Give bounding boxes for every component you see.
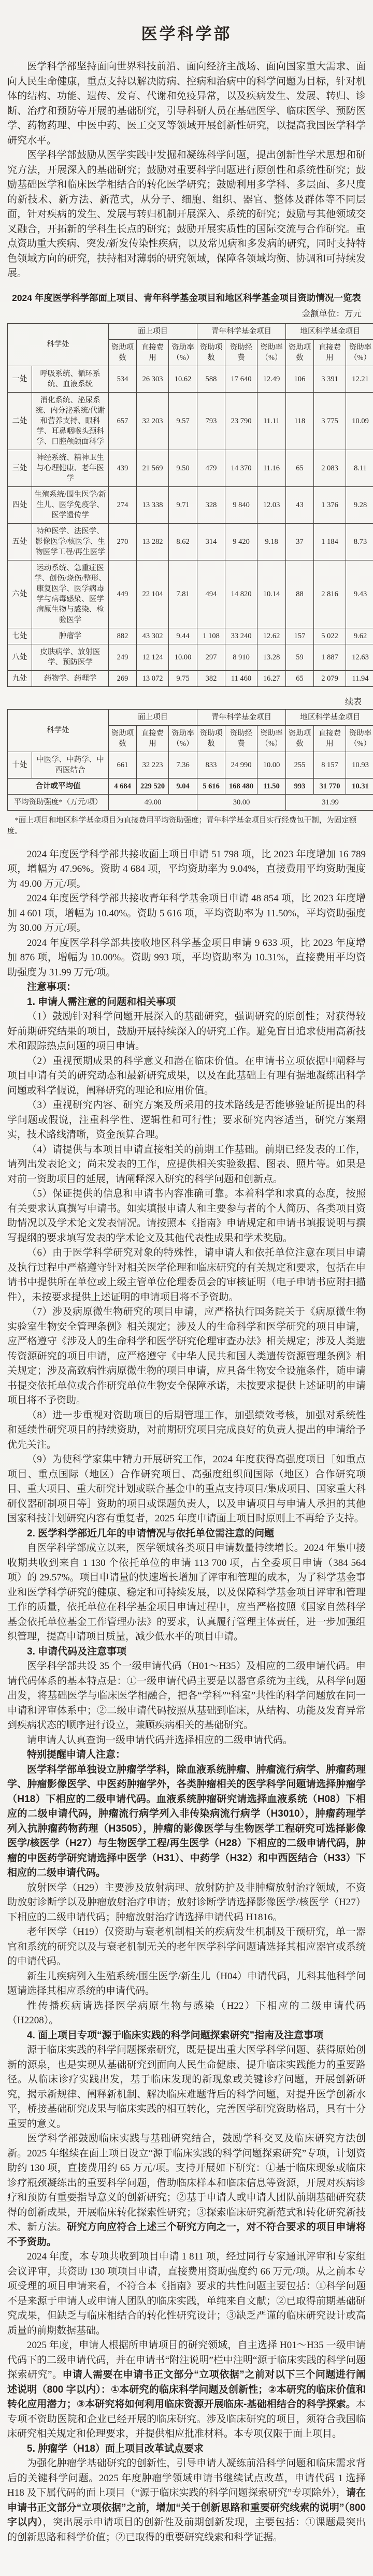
value-cell: 9.44 <box>169 628 197 644</box>
fields-cell: 呼吸系统、循环系统、血液系统 <box>32 366 109 392</box>
value-cell: 8.73 <box>346 523 373 560</box>
section-heading: 注意事项： <box>7 980 366 995</box>
paragraph: 2024 年度医学科学部共接收地区科学基金项目申请 9 633 项，比 2023… <box>7 936 366 981</box>
value-cell: 22 104 <box>137 560 169 628</box>
value-cell: 17 640 <box>225 366 257 392</box>
text-run: （4）请提供与本项目申请直接相关的前期工作基础。前期已经发表的工作，请列出发表论… <box>7 1144 366 1185</box>
table-row: 七处肿瘤学88243 3029.441 10833 24012.621575 0… <box>8 628 373 644</box>
text-run: 医学科学部鼓励临床实践与基础研究结合，鼓励学科交叉及临床研究方法创新。2025 … <box>7 2133 366 2233</box>
bold-run: 3. 申请代码及注意事项 <box>27 1646 126 1657</box>
paragraph: （4）请提供与本项目申请直接相关的前期工作基础。前期已经发表的工作，请列出发表论… <box>7 1143 366 1187</box>
value-cell: 657 <box>109 392 137 450</box>
value-cell: 882 <box>109 628 137 644</box>
paragraph: （1）鼓励针对科学问题开展深入的基础研究，强调研究的原创性；对获得较好前期研究结… <box>7 1010 366 1054</box>
value-cell: 24 990 <box>225 752 257 778</box>
value-cell: 8.62 <box>169 523 197 560</box>
value-cell: 9.57 <box>169 392 197 450</box>
total-value: 10.31 <box>346 778 373 794</box>
text-run: 老年医学（H19）仅资助与衰老机制相关的疾病发生机制及干预研究，单一器官和系统的… <box>7 1926 366 1967</box>
value-cell: 118 <box>286 392 314 450</box>
value-cell: 37 <box>286 523 314 560</box>
value-cell: 7.36 <box>169 752 197 778</box>
value-cell: 33 240 <box>225 628 257 644</box>
value-cell: 439 <box>109 450 137 486</box>
header-group-general: 面上项目 <box>109 709 197 725</box>
dept-cell: 八处 <box>8 644 32 670</box>
section-heading: 3. 申请代码及注意事项 <box>7 1645 366 1660</box>
section-heading: 4. 面上项目专项“源于临床实践的科学问题探索研究”指南及注意事项 <box>7 2028 366 2043</box>
value-cell: 479 <box>197 450 225 486</box>
value-cell: 12.03 <box>257 486 286 523</box>
value-cell: 661 <box>109 752 137 778</box>
total-label: 合计或平均值 <box>8 778 109 794</box>
paragraph: 2024 年度医学科学部共接收青年科学基金项目申请 48 854 项，比 202… <box>7 891 366 936</box>
text-run: 自医学科学部成立以来，医学领域各类项目申请数量持续增长。2024 年集中接收期共… <box>7 1543 366 1642</box>
value-cell: 23 790 <box>225 392 257 450</box>
funding-table-main: 科学处 面上项目 青年科学基金项目 地区科学基金项目 资助项数 直接费用 资助率… <box>7 323 373 687</box>
table-row: 四处生殖系统/围生医学/新生儿、医学免疫学、医学遗传学27413 3389.71… <box>8 486 373 523</box>
header-col: 资助率（%） <box>346 339 373 366</box>
text-run: 医学科学部坚持面向世界科技前沿、面向经济主战场、面向国家重大需求、面向人民生命健… <box>7 61 366 146</box>
dept-cell: 三处 <box>8 450 32 486</box>
value-cell: 12.63 <box>346 644 373 670</box>
page-title: 医学科学部 <box>7 21 366 44</box>
value-cell: 274 <box>109 486 137 523</box>
bold-run: 5. 肿瘤学（H18）面上项目改革试点要求 <box>27 2443 204 2454</box>
fields-cell: 神经系统、精神卫生与心理健康、老年医学 <box>32 450 109 486</box>
bold-run: 2. 医学科学部近几年的申请情况与依托单位需注意的问题 <box>27 1528 274 1539</box>
fields-cell: 运动系统、急重症医学、创伤/烧伤/整形、康复医学、医学病毒学与病毒感染、医学病原… <box>32 560 109 628</box>
text-run: 新生儿疾病列入生殖系统/围生医学/新生儿（H04）申请代码，儿科其他科学问题请选… <box>7 1971 366 1997</box>
table-row: 八处皮肤病学、放射医学、预防医学24912 12410.002978 91013… <box>8 644 373 670</box>
value-cell: 65 <box>286 670 314 686</box>
header-col: 资助率（%） <box>257 339 286 366</box>
header-group-regional: 地区科学基金项目 <box>286 323 373 339</box>
text-run: （8）进一步重视对资助项目的后期管理工作，加强绩效考核，加强对系统性和延续性研究… <box>7 1410 366 1450</box>
paragraph: 老年医学（H19）仅资助与衰老机制相关的疾病发生机制及干预研究，单一器官和系统的… <box>7 1925 366 1969</box>
table-row: 十处中医学、中药学、中西医结合66132 2237.3683324 99010.… <box>8 752 373 778</box>
text-run: 2024 年度，本专项共收到项目申请 1 811 项，经过同行专家通讯评审和专家… <box>7 2251 366 2336</box>
text-run: ，突出展示申请项目的创新性及前期创新发现，主要包括：①课题最突出的创新思路和科学… <box>7 2517 366 2543</box>
header-col: 资助项数 <box>286 339 314 366</box>
value-cell: 88 <box>286 560 314 628</box>
table-caption: 2024 年度医学科学部面上项目、青年科学基金项目和地区科学基金项目资助情况一览… <box>7 292 366 305</box>
header-col: 直接费用 <box>314 725 346 752</box>
bold-run: 特别提醒申请人注意： <box>27 1749 125 1760</box>
paragraph: 2025 年度，申请人根据所申请项目的研究领域，自主选择 H01～H35 一级申… <box>7 2338 366 2442</box>
table-footnote: *面上项目和地区科学基金项目为直接费用平均资助强度；青年科学基金项目实行经费包干… <box>7 815 366 837</box>
paragraph: 医学科学部坚持面向世界科技前沿、面向经济主战场、面向国家重大需求、面向人民生命健… <box>7 60 366 148</box>
value-cell: 449 <box>109 560 137 628</box>
total-value: 168 480 <box>225 778 257 794</box>
paragraph: 放射医学（H29）主要涉及放射病理、放射防护及非肿瘤放射治疗领域，不资助放射诊断… <box>7 1881 366 1925</box>
bold-run: 医学科学部单独设立肿瘤学学科，除血液系统肿瘤、肿瘤流行病学、肿瘤药理学、肿瘤影像… <box>7 1764 366 1879</box>
table-summary: 合计或平均值 4 684 229 520 9.04 5 616 168 480 … <box>8 778 373 810</box>
table-header: 科学处 面上项目 青年科学基金项目 地区科学基金项目 资助项数 直接费用 资助率… <box>8 323 373 366</box>
paragraph: 医学科学部单独设立肿瘤学学科，除血液系统肿瘤、肿瘤流行病学、肿瘤药理学、肿瘤影像… <box>7 1763 366 1881</box>
value-cell: 14 370 <box>225 450 257 486</box>
header-group-row: 科学处 面上项目 青年科学基金项目 地区科学基金项目 <box>8 709 373 725</box>
value-cell: 9.18 <box>257 523 286 560</box>
value-cell: 65 <box>286 450 314 486</box>
intensity-row: 平均资助强度*（万元/项） 49.00 30.00 31.99 <box>8 794 373 810</box>
paragraph: 医学科学部共设 35 个一级申请代码（H01～H35）及相应的二级申请代码。申请… <box>7 1659 366 1733</box>
fields-cell: 中医学、中药学、中西医结合 <box>32 752 109 778</box>
header-col: 资助率（%） <box>257 725 286 752</box>
header-group-row: 科学处 面上项目 青年科学基金项目 地区科学基金项目 <box>8 323 373 339</box>
text-run: （7）涉及病原微生物研究的项目申请，应严格执行国务院关于《病原微生物实验室生物安… <box>7 1306 366 1406</box>
header-dept: 科学处 <box>8 323 109 366</box>
paragraph: 2024 年度，本专项共收到项目申请 1 811 项，经过同行专家通讯评审和专家… <box>7 2250 366 2338</box>
value-cell: 3 775 <box>314 392 346 450</box>
value-cell: 7.81 <box>169 560 197 628</box>
dept-cell: 五处 <box>8 523 32 560</box>
table-body-continued: 十处中医学、中药学、中西医结合66132 2237.3683324 99010.… <box>8 752 373 778</box>
text-run: （3）重视研究内容、研究方案及所采用的技术路线是否能够验证所提出的科学问题或假说… <box>7 1100 366 1140</box>
value-cell: 833 <box>197 752 225 778</box>
total-value: 11.50 <box>257 778 286 794</box>
value-cell: 13 338 <box>137 486 169 523</box>
value-cell: 494 <box>197 560 225 628</box>
value-cell: 382 <box>197 670 225 686</box>
section-heading: 特别提醒申请人注意： <box>7 1748 366 1763</box>
bold-run: 4. 面上项目专项“源于临床实践的科学问题探索研究”指南及注意事项 <box>27 2030 323 2041</box>
value-cell: 10.09 <box>346 392 373 450</box>
text-run: 2024 年度医学科学部共接收面上项目申请 51 798 项，比 2023 年度… <box>7 849 366 889</box>
value-cell: 1 108 <box>197 628 225 644</box>
value-cell: 328 <box>197 486 225 523</box>
paragraph: 性传播疾病请选择医学病原生物与感染（H22）下相应的二级申请代码（H2208）。 <box>7 1999 366 2028</box>
header-dept: 科学处 <box>8 709 109 752</box>
text-run: （5）保证提供的信息和申请书内容准确可靠。本着科学和求真的态度，按照有关要求认真… <box>7 1188 366 1244</box>
value-cell: 2 083 <box>314 450 346 486</box>
text-run: 为强化肿瘤学基础研究的创新性，引导申请人凝练前沿科学问题和临床需求背后的关键科学… <box>7 2458 366 2498</box>
total-row: 合计或平均值 4 684 229 520 9.04 5 616 168 480 … <box>8 778 373 794</box>
table-body: 一处呼吸系统、循环系统、血液系统53426 30310.6258817 6401… <box>8 366 373 686</box>
paragraph: （5）保证提供的信息和申请书内容准确可靠。本着科学和求真的态度，按照有关要求认真… <box>7 1187 366 1246</box>
fields-cell: 生殖系统/围生医学/新生儿、医学免疫学、医学遗传学 <box>32 486 109 523</box>
value-cell: 13.28 <box>257 644 286 670</box>
header-col: 资助项数 <box>286 725 314 752</box>
dept-cell: 二处 <box>8 392 32 450</box>
value-cell: 3 391 <box>314 366 346 392</box>
value-cell: 8.11 <box>346 450 373 486</box>
value-cell: 8 910 <box>225 644 257 670</box>
table-row: 二处消化系统、泌尿系统、内分泌系统/代谢和营养支持、眼科学、耳鼻咽喉头颈科学、口… <box>8 392 373 450</box>
value-cell: 255 <box>286 752 314 778</box>
text-run: 请申请人认真查询一级申请代码并选择相应的二级申请代码。 <box>27 1735 293 1746</box>
value-cell: 1 887 <box>314 644 346 670</box>
dept-cell: 六处 <box>8 560 32 628</box>
header-col: 直接费用 <box>314 339 346 366</box>
table-row: 三处神经系统、精神卫生与心理健康、老年医学43921 5699.5047914 … <box>8 450 373 486</box>
header-col: 资助项数 <box>109 339 137 366</box>
table-row: 九处药物学、药理学26913 0729.7538211 46016.27652 … <box>8 670 373 686</box>
fields-cell: 消化系统、泌尿系统、内分泌系统/代谢和营养支持、眼科学、耳鼻咽喉头颈科学、口腔颅… <box>32 392 109 450</box>
text-run: 放射医学（H29）主要涉及放射病理、放射防护及非肿瘤放射治疗领域，不资助放射诊断… <box>7 1882 366 1923</box>
intensity-value: 30.00 <box>197 794 286 810</box>
value-cell: 10.62 <box>169 366 197 392</box>
text-run: （2）重视预期成果的科学意义和潜在临床价值。在申请书立项依据中阐释与项目申请有关… <box>7 1056 366 1096</box>
bold-run: 1. 申请人需注意的问题和相关事项 <box>27 997 176 1008</box>
value-cell: 11.94 <box>346 670 373 686</box>
value-cell: 9 840 <box>225 486 257 523</box>
text-run: 源于临床实践的科学问题探索研究，既是提出重大医学科学问题、获得原始创新的源泉，也… <box>7 2045 366 2129</box>
value-cell: 106 <box>286 366 314 392</box>
paragraph: 新生儿疾病列入生殖系统/围生医学/新生儿（H04）申请代码，儿科其他科学问题请选… <box>7 1969 366 1999</box>
paragraph: 医学科学部鼓励从医学实践中发掘和凝练科学问题，提出创新性学术思想和研究方法，开展… <box>7 148 366 281</box>
value-cell: 297 <box>197 644 225 670</box>
value-cell: 26 303 <box>137 366 169 392</box>
notes-section: 2024 年度医学科学部共接收面上项目申请 51 798 项，比 2023 年度… <box>7 847 366 2545</box>
paragraph: （8）进一步重视对资助项目的后期管理工作，加强绩效考核，加强对系统性和延续性研究… <box>7 1408 366 1453</box>
paragraph: （2）重视预期成果的科学意义和潜在临床价值。在申请书立项依据中阐释与项目申请有关… <box>7 1054 366 1099</box>
funding-table-continued: 科学处 面上项目 青年科学基金项目 地区科学基金项目 资助项数 直接费用 资助率… <box>7 709 373 811</box>
paragraph: （9）为使科学家集中精力开展研究工作，2024 年度获得高强度项目［如重点项目、… <box>7 1452 366 1527</box>
value-cell: 534 <box>109 366 137 392</box>
header-group-young: 青年科学基金项目 <box>197 709 286 725</box>
table-row: 六处运动系统、急重症医学、创伤/烧伤/整形、康复医学、医学病毒学与病毒感染、医学… <box>8 560 373 628</box>
value-cell: 16.27 <box>257 670 286 686</box>
paragraph: 请申请人认真查询一级申请代码并选择相应的二级申请代码。 <box>7 1733 366 1748</box>
header-group-young: 青年科学基金项目 <box>197 323 286 339</box>
section-heading: 2. 医学科学部近几年的申请情况与依托单位需注意的问题 <box>7 1527 366 1542</box>
value-cell: 59 <box>286 644 314 670</box>
total-value: 31 770 <box>314 778 346 794</box>
total-value: 4 684 <box>109 778 137 794</box>
intensity-value: 49.00 <box>109 794 197 810</box>
header-col: 资助率（%） <box>169 725 197 752</box>
header-col: 资助项数 <box>197 339 225 366</box>
paragraph: 为强化肿瘤学基础研究的创新性，引导申请人凝练前沿科学问题和临床需求背后的关键科学… <box>7 2456 366 2545</box>
paragraph: 源于临床实践的科学问题探索研究，既是提出重大医学科学问题、获得原始创新的源泉，也… <box>7 2043 366 2132</box>
value-cell: 13 282 <box>137 523 169 560</box>
value-cell: 10.93 <box>346 752 373 778</box>
value-cell: 21 569 <box>137 450 169 486</box>
value-cell: 11.16 <box>257 450 286 486</box>
value-cell: 1 376 <box>314 486 346 523</box>
text-run: 医学科学部鼓励从医学实践中发掘和凝练科学问题，提出创新性学术思想和研究方法，开展… <box>7 150 366 279</box>
header-col: 资助项数 <box>109 725 137 752</box>
value-cell: 2 816 <box>314 560 346 628</box>
total-value: 993 <box>286 778 314 794</box>
value-cell: 12.62 <box>257 628 286 644</box>
fields-cell: 药物学、药理学 <box>32 670 109 686</box>
value-cell: 270 <box>109 523 137 560</box>
value-cell: 12 124 <box>137 644 169 670</box>
header-col: 资助率（%） <box>169 339 197 366</box>
value-cell: 9.43 <box>346 560 373 628</box>
value-cell: 43 <box>286 486 314 523</box>
dept-cell: 九处 <box>8 670 32 686</box>
value-cell: 2 079 <box>314 670 346 686</box>
header-col: 直接费用 <box>137 339 169 366</box>
header-group-regional: 地区科学基金项目 <box>286 709 373 725</box>
total-value: 5 616 <box>197 778 225 794</box>
value-cell: 9.62 <box>346 628 373 644</box>
dept-cell: 七处 <box>8 628 32 644</box>
paragraph: 自医学科学部成立以来，医学领域各类项目申请数量持续增长。2024 年集中接收期共… <box>7 1541 366 1645</box>
header-col: 资助经费 <box>225 725 257 752</box>
text-run: （6）由于医学科学研究对象的特殊性，请申请人和依托单位注意在项目申请及执行过程中… <box>7 1247 366 1303</box>
text-run: 医学科学部共设 35 个一级申请代码（H01～H35）及相应的二级申请代码。申请… <box>7 1661 366 1731</box>
header-group-general: 面上项目 <box>109 323 197 339</box>
value-cell: 269 <box>109 670 137 686</box>
value-cell: 32 203 <box>137 392 169 450</box>
text-run: 2024 年度医学科学部共接收青年科学基金项目申请 48 854 项，比 202… <box>7 893 366 933</box>
header-col: 资助项数 <box>197 725 225 752</box>
table-header-continued: 科学处 面上项目 青年科学基金项目 地区科学基金项目 资助项数 直接费用 资助率… <box>8 709 373 752</box>
value-cell: 10.00 <box>169 644 197 670</box>
bold-run: 注意事项： <box>27 982 76 992</box>
paragraph: （7）涉及病原微生物研究的项目申请，应严格执行国务院关于《病原微生物实验室生物安… <box>7 1305 366 1408</box>
section-heading: 5. 肿瘤学（H18）面上项目改革试点要求 <box>7 2442 366 2457</box>
value-cell: 8 157 <box>314 752 346 778</box>
value-cell: 32 223 <box>137 752 169 778</box>
value-cell: 10.14 <box>257 560 286 628</box>
dept-cell: 十处 <box>8 752 32 778</box>
paragraph: 2024 年度医学科学部共接收面上项目申请 51 798 项，比 2023 年度… <box>7 847 366 892</box>
paragraph: （3）重视研究内容、研究方案及所采用的技术路线是否能够验证所提出的科学问题或假说… <box>7 1098 366 1143</box>
text-run: （9）为使科学家集中精力开展研究工作，2024 年度获得高强度项目［如重点项目、… <box>7 1454 366 1524</box>
value-cell: 12.49 <box>257 366 286 392</box>
continued-table-label: 续表 <box>7 695 362 707</box>
value-cell: 9 420 <box>225 523 257 560</box>
total-value: 9.04 <box>169 778 197 794</box>
section-heading: 1. 申请人需注意的问题和相关事项 <box>7 995 366 1010</box>
value-cell: 314 <box>197 523 225 560</box>
value-cell: 9.75 <box>169 670 197 686</box>
intensity-value: 31.99 <box>286 794 373 810</box>
text-run: （1）鼓励针对科学问题开展深入的基础研究，强调研究的原创性；对获得较好前期研究结… <box>7 1011 366 1052</box>
value-cell: 43 302 <box>137 628 169 644</box>
value-cell: 793 <box>197 392 225 450</box>
intro-section: 医学科学部坚持面向世界科技前沿、面向经济主战场、面向国家重大需求、面向人民生命健… <box>7 60 366 281</box>
table-row: 一处呼吸系统、循环系统、血液系统53426 30310.6258817 6401… <box>8 366 373 392</box>
value-cell: 14 820 <box>225 560 257 628</box>
value-cell: 13 072 <box>137 670 169 686</box>
table-row: 五处特种医学、法医学、影像医学/核医学、生物医学工程/再生医学27013 282… <box>8 523 373 560</box>
header-col: 资助经费 <box>225 339 257 366</box>
value-cell: 157 <box>286 628 314 644</box>
dept-cell: 四处 <box>8 486 32 523</box>
paragraph: 医学科学部鼓励临床实践与基础研究结合，鼓励学科交叉及临床研究方法创新。2025 … <box>7 2132 366 2250</box>
header-col: 资助率（%） <box>346 725 373 752</box>
value-cell: 9.71 <box>169 486 197 523</box>
value-cell: 9.28 <box>346 486 373 523</box>
value-cell: 10.00 <box>257 752 286 778</box>
fields-cell: 特种医学、法医学、影像医学/核医学、生物医学工程/再生医学 <box>32 523 109 560</box>
total-value: 229 520 <box>137 778 169 794</box>
document-page: 医学科学部 医学科学部坚持面向世界科技前沿、面向经济主战场、面向国家重大需求、面… <box>0 0 373 2576</box>
text-run: 2024 年度医学科学部共接收地区科学基金项目申请 9 633 项，比 2023… <box>7 938 366 978</box>
table-unit-note: 金额单位：万元 <box>7 307 366 319</box>
value-cell: 12.21 <box>346 366 373 392</box>
value-cell: 11.11 <box>257 392 286 450</box>
dept-cell: 一处 <box>8 366 32 392</box>
fields-cell: 肿瘤学 <box>32 628 109 644</box>
text-run: 性传播疾病请选择医学病原生物与感染（H22）下相应的二级申请代码（H2208）。 <box>7 2001 366 2026</box>
value-cell: 1 184 <box>314 523 346 560</box>
header-col: 直接费用 <box>137 725 169 752</box>
value-cell: 9.50 <box>169 450 197 486</box>
paragraph: （6）由于医学科学研究对象的特殊性，请申请人和依托单位注意在项目申请及执行过程中… <box>7 1246 366 1305</box>
fields-cell: 皮肤病学、放射医学、预防医学 <box>32 644 109 670</box>
intensity-label: 平均资助强度*（万元/项） <box>8 794 109 810</box>
value-cell: 11 460 <box>225 670 257 686</box>
value-cell: 249 <box>109 644 137 670</box>
value-cell: 5 022 <box>314 628 346 644</box>
value-cell: 588 <box>197 366 225 392</box>
